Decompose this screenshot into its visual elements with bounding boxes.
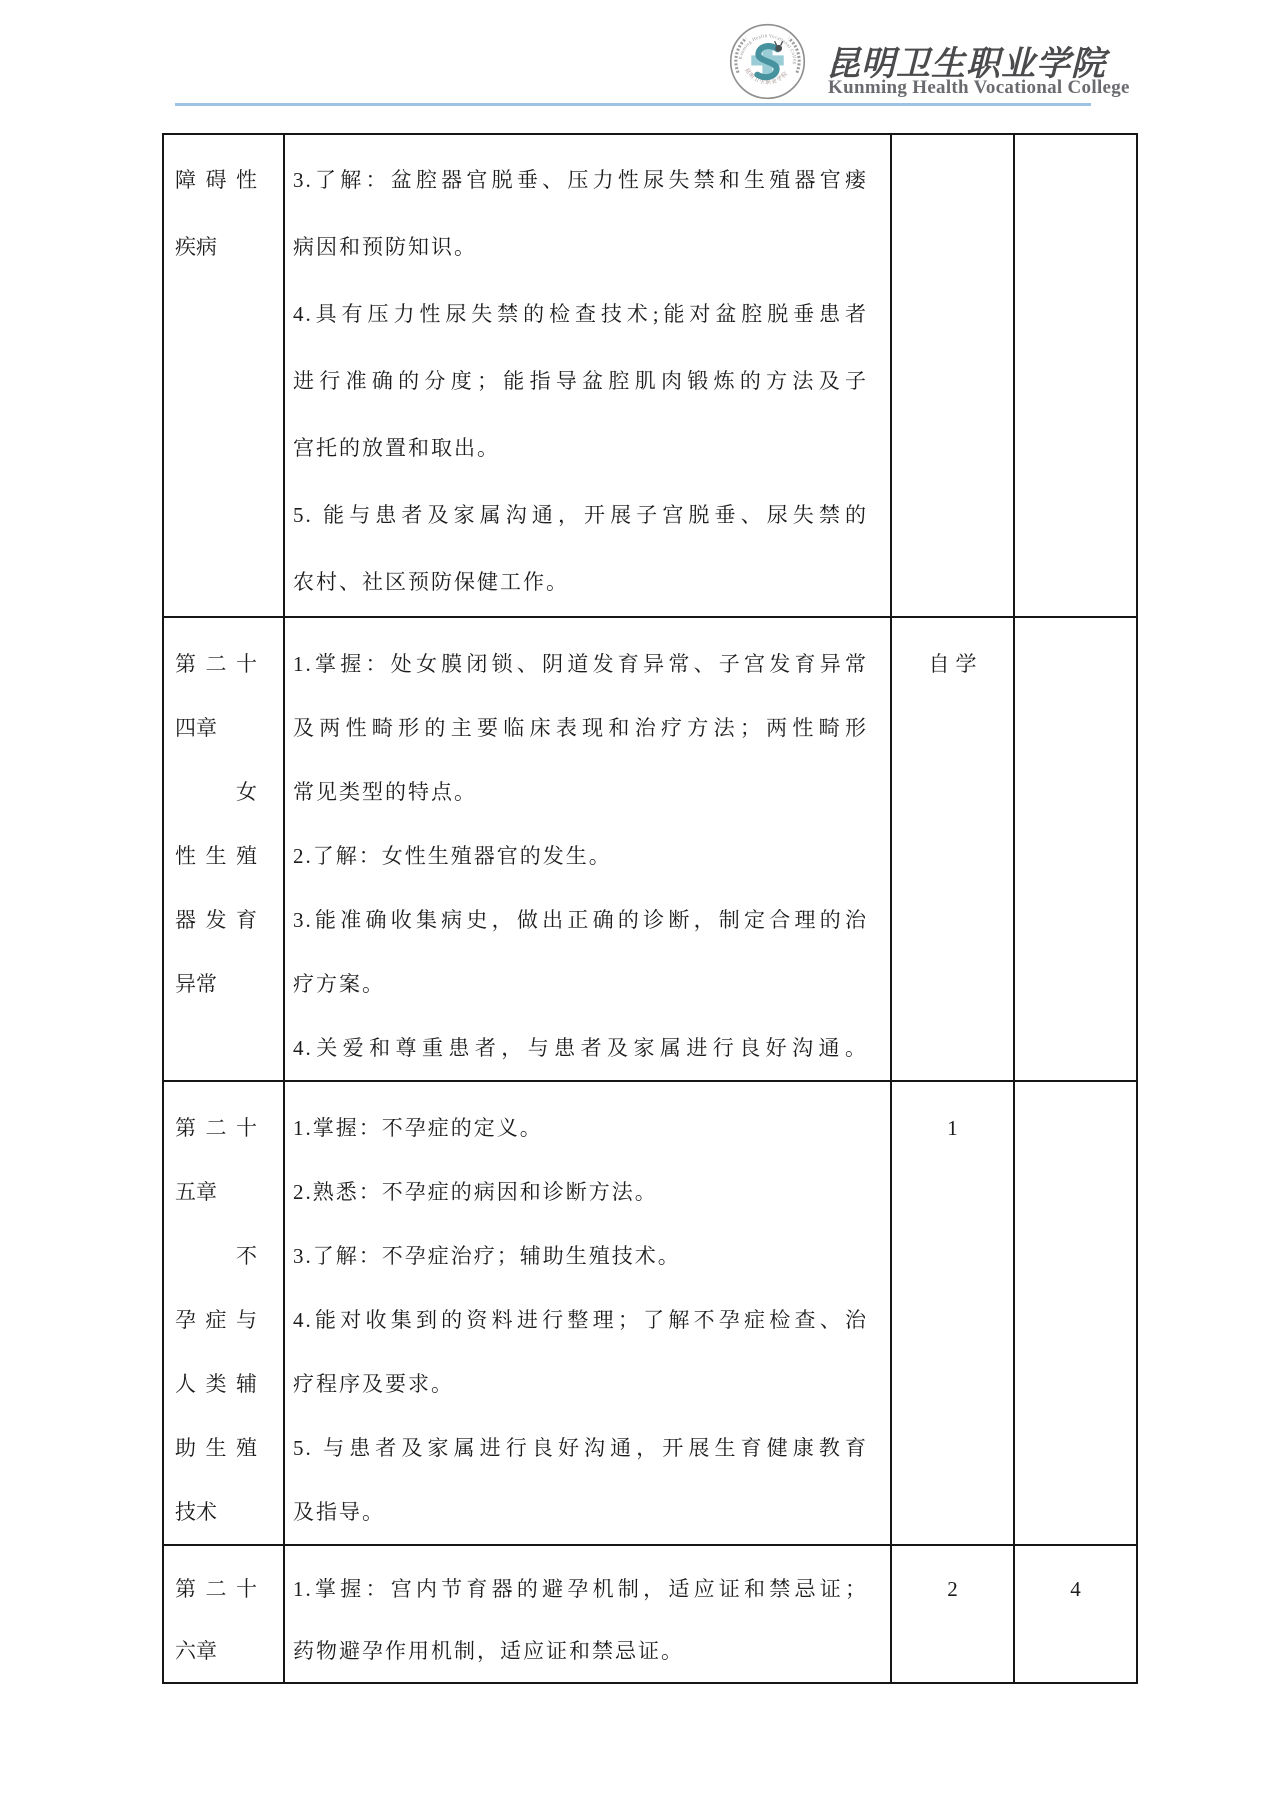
practice-hours-cell — [1014, 1081, 1137, 1545]
objective-line: 3.了解：不孕症治疗；辅助生殖技术。 — [293, 1224, 868, 1288]
table-row: 障 碍 性疾病3.了解：盆腔器官脱垂、压力性尿失禁和生殖器官瘘病因和预防知识。4… — [163, 134, 1137, 617]
objective-line: 疗程序及要求。 — [293, 1352, 868, 1416]
objective-line: 5. 与患者及家属进行良好沟通，开展生育健康教育 — [293, 1416, 868, 1480]
chapter-line: 疾病 — [175, 214, 257, 281]
chapter-line: 人 类 辅 — [175, 1352, 257, 1416]
objective-line: 宫托的放置和取出。 — [293, 415, 868, 482]
theory-hours-value: 2 — [892, 1558, 1013, 1620]
chapter-line: 性 生 殖 — [175, 824, 257, 888]
header-divider — [175, 103, 1091, 106]
chapter-line: 女 — [175, 760, 257, 824]
theory-hours-value: 自学 — [892, 632, 1013, 696]
theory-hours-cell: 2 — [891, 1545, 1014, 1683]
objective-line: 1.掌握：宫内节育器的避孕机制，适应证和禁忌证； — [293, 1558, 868, 1620]
objective-line: 3.能准确收集病史，做出正确的诊断，制定合理的治 — [293, 888, 868, 952]
theory-hours-cell: 自学 — [891, 617, 1014, 1081]
objective-line: 1.掌握：处女膜闭锁、阴道发育异常、子宫发育异常 — [293, 632, 868, 696]
objective-line: 1.掌握：不孕症的定义。 — [293, 1096, 868, 1160]
objective-line: 4.具有压力性尿失禁的检查技术;能对盆腔脱垂患者 — [293, 281, 868, 348]
syllabus-table: 障 碍 性疾病3.了解：盆腔器官脱垂、压力性尿失禁和生殖器官瘘病因和预防知识。4… — [162, 133, 1138, 1684]
objective-line: 2.了解：女性生殖器官的发生。 — [293, 824, 868, 888]
chapter-line: 异常 — [175, 952, 257, 1016]
theory-hours-cell: 1 — [891, 1081, 1014, 1545]
chapter-line: 障 碍 性 — [175, 147, 257, 214]
objective-line: 进行准确的分度；能指导盆腔肌肉锻炼的方法及子 — [293, 348, 868, 415]
chapter-line: 四章 — [175, 696, 257, 760]
objective-line: 常见类型的特点。 — [293, 760, 868, 824]
college-name-zh: 昆明卫生职业学院 — [826, 36, 1106, 82]
objectives-cell: 1.掌握：宫内节育器的避孕机制，适应证和禁忌证；药物避孕作用机制，适应证和禁忌证… — [284, 1545, 891, 1683]
objective-line: 5. 能与患者及家属沟通，开展子宫脱垂、尿失禁的 — [293, 482, 868, 549]
chapter-line: 孕 症 与 — [175, 1288, 257, 1352]
chapter-line: 第 二 十 — [175, 632, 257, 696]
objectives-cell: 3.了解：盆腔器官脱垂、压力性尿失禁和生殖器官瘘病因和预防知识。4.具有压力性尿… — [284, 134, 891, 617]
objective-line: 疗方案。 — [293, 952, 868, 1016]
document-page: Kunming Health Vocational College 昆明卫生职业… — [0, 0, 1274, 1801]
practice-hours-cell — [1014, 617, 1137, 1081]
logo-snake-head — [775, 45, 782, 52]
chapter-line: 五章 — [175, 1160, 257, 1224]
objective-line: 药物避孕作用机制，适应证和禁忌证。 — [293, 1620, 868, 1682]
objective-line: 3.了解：盆腔器官脱垂、压力性尿失禁和生殖器官瘘 — [293, 147, 868, 214]
chapter-cell: 第 二 十四章女性 生 殖器 发 育异常 — [163, 617, 284, 1081]
practice-hours-cell: 4 — [1014, 1545, 1137, 1683]
chapter-line: 六章 — [175, 1620, 257, 1682]
chapter-line: 技术 — [175, 1480, 257, 1544]
practice-hours-cell — [1014, 134, 1137, 617]
chapter-cell: 第 二 十六章 — [163, 1545, 284, 1683]
objectives-cell: 1.掌握：不孕症的定义。2.熟悉：不孕症的病因和诊断方法。3.了解：不孕症治疗；… — [284, 1081, 891, 1545]
objective-line: 病因和预防知识。 — [293, 214, 868, 281]
objectives-cell: 1.掌握：处女膜闭锁、阴道发育异常、子宫发育异常及两性畸形的主要临床表现和治疗方… — [284, 617, 891, 1081]
table-row: 第 二 十五章不孕 症 与人 类 辅助 生 殖技术1.掌握：不孕症的定义。2.熟… — [163, 1081, 1137, 1545]
table-row: 第 二 十六章1.掌握：宫内节育器的避孕机制，适应证和禁忌证；药物避孕作用机制，… — [163, 1545, 1137, 1683]
table-row: 第 二 十四章女性 生 殖器 发 育异常1.掌握：处女膜闭锁、阴道发育异常、子宫… — [163, 617, 1137, 1081]
syllabus-table-body: 障 碍 性疾病3.了解：盆腔器官脱垂、压力性尿失禁和生殖器官瘘病因和预防知识。4… — [163, 134, 1137, 1683]
chapter-line: 第 二 十 — [175, 1558, 257, 1620]
chapter-cell: 障 碍 性疾病 — [163, 134, 284, 617]
chapter-line: 第 二 十 — [175, 1096, 257, 1160]
objective-line: 农村、社区预防保健工作。 — [293, 549, 868, 616]
objective-line: 及两性畸形的主要临床表现和治疗方法；两性畸形 — [293, 696, 868, 760]
chapter-line: 器 发 育 — [175, 888, 257, 952]
theory-hours-cell — [891, 134, 1014, 617]
objective-line: 及指导。 — [293, 1480, 868, 1544]
objective-line: 4.能对收集到的资料进行整理；了解不孕症检查、治 — [293, 1288, 868, 1352]
chapter-cell: 第 二 十五章不孕 症 与人 类 辅助 生 殖技术 — [163, 1081, 284, 1545]
college-logo: Kunming Health Vocational College 昆明卫生职业… — [729, 23, 806, 100]
college-name-en: Kunming Health Vocational College — [828, 77, 1108, 101]
chapter-line: 不 — [175, 1224, 257, 1288]
objective-line: 2.熟悉：不孕症的病因和诊断方法。 — [293, 1160, 868, 1224]
chapter-line: 助 生 殖 — [175, 1416, 257, 1480]
objective-line: 4.关爱和尊重患者，与患者及家属进行良好沟通。 — [293, 1016, 868, 1080]
practice-hours-value: 4 — [1015, 1558, 1136, 1620]
theory-hours-value: 1 — [892, 1096, 1013, 1160]
